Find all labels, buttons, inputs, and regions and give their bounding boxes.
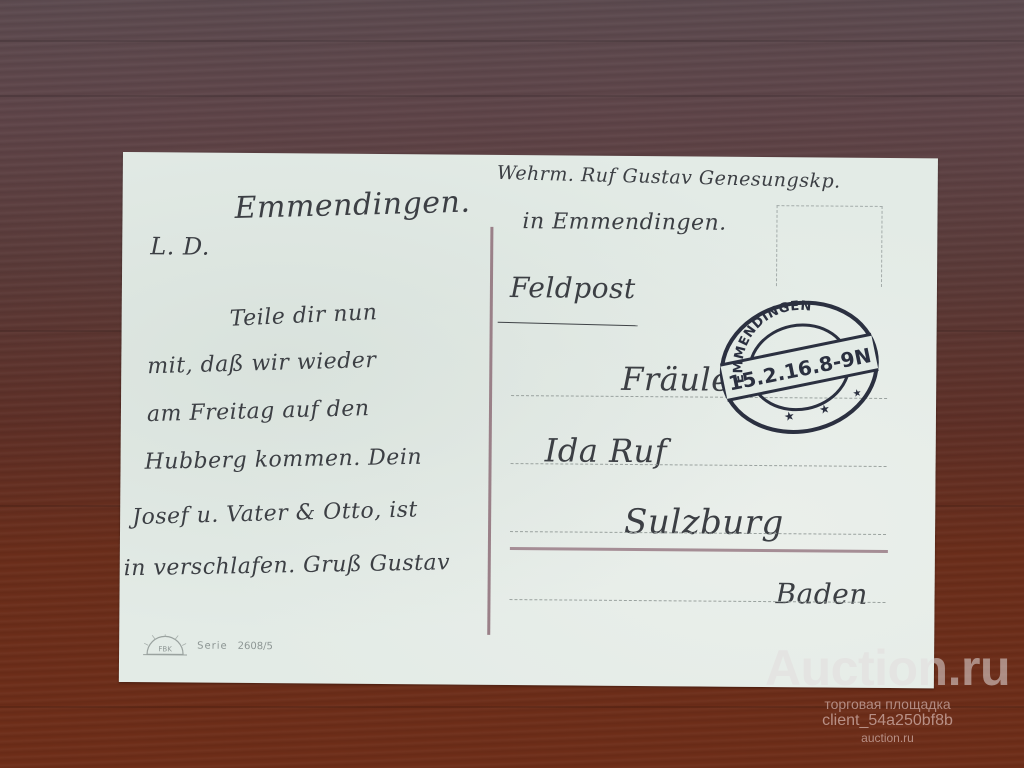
series-label: Serie — [197, 640, 228, 651]
watermark-brand: Auction.ru — [765, 640, 1010, 696]
message-line: mit, daß wir wieder — [147, 348, 377, 379]
postmark-stamp: 15.2.16.8-9N EMMENDINGEN ★ ★ ★ — [714, 299, 885, 436]
feldpost-mark: Feldpost — [510, 271, 636, 305]
message-line: Josef u. Vater & Otto, ist — [132, 497, 418, 530]
wood-grain — [0, 40, 1024, 42]
series-number: 2608/5 — [238, 640, 273, 651]
svg-text:FBK: FBK — [158, 645, 172, 653]
watermark-client: client_54a250bf8b — [765, 712, 1010, 730]
message-line: Teile dir nun — [229, 300, 378, 332]
recipient-city: Sulzburg — [624, 502, 784, 543]
postmark-star-icon: ★ — [852, 387, 863, 400]
wood-grain — [0, 95, 1024, 97]
message-place: Emmendingen. — [234, 185, 471, 226]
recipient-region: Baden — [775, 577, 868, 611]
message-salutation: L. D. — [150, 232, 210, 260]
message-line: am Freitag auf den — [147, 396, 370, 427]
watermark-site: auction.ru — [765, 730, 1010, 746]
publisher-imprint: FBK Serie 2608/5 — [143, 634, 273, 657]
stamp-box — [776, 205, 883, 287]
feldpost-underline — [498, 322, 638, 327]
sender-line-2: in Emmendingen. — [522, 209, 726, 236]
postcard: Emmendingen. L. D. Teile dir nun mit, da… — [119, 152, 938, 688]
message-line: Hubberg kommen. Dein — [144, 445, 422, 475]
auction-watermark: Auction.ru торговая площадка client_54a2… — [765, 640, 1010, 746]
message-line: in verschlafen. Gruß Gustav — [124, 550, 451, 581]
sunrise-logo-icon: FBK — [143, 634, 187, 656]
card-divider — [487, 227, 493, 635]
postmark-star-icon: ★ — [818, 401, 831, 417]
sender-line-1: Wehrm. Ruf Gustav Genesungskp. — [497, 162, 841, 193]
address-line-city-rule — [510, 547, 888, 553]
watermark-subtitle: торговая площадка — [765, 696, 1010, 712]
